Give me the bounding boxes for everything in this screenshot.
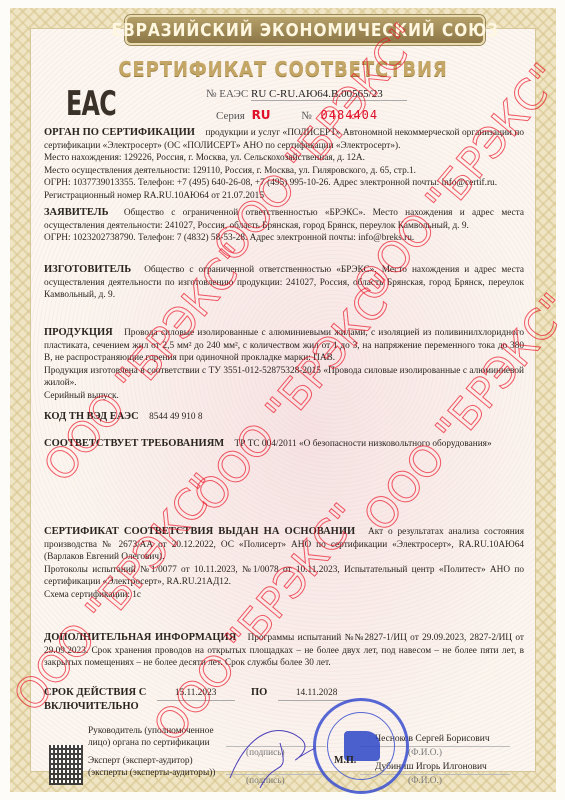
union-banner: ЕВРАЗИЙСКИЙ ЭКОНОМИЧЕСКИЙ СОЮЗ xyxy=(125,15,485,45)
signature-scribble-icon xyxy=(220,718,330,793)
section-manufacturer: ИЗГОТОВИТЕЛЬ Общество с ограниченной отв… xyxy=(44,264,524,302)
tnved-code: 8544 49 910 8 xyxy=(149,412,202,422)
union-banner-text: ЕВРАЗИЙСКИЙ ЭКОНОМИЧЕСКИЙ СОЮЗ xyxy=(111,20,498,41)
stamp-caption: М.П. xyxy=(334,755,356,766)
section-validity: СРОК ДЕЙСТВИЯ С 15.11.2023 ПО 14.11.2028… xyxy=(44,687,524,713)
expert-signatory-label: Эксперт (эксперт-аудитор) (эксперты (экс… xyxy=(88,755,215,779)
valid-to-date: 14.11.2028 xyxy=(278,687,356,701)
series-value: RU xyxy=(252,108,271,122)
certificate-title: СЕРТИФИКАТ СООТВЕТСТВИЯ xyxy=(55,57,510,81)
certificate-sheet: ЕВРАЗИЙСКИЙ ЭКОНОМИЧЕСКИЙ СОЮЗ СЕРТИФИКА… xyxy=(10,8,556,792)
section-additional: ДОПОЛНИТЕЛЬНАЯ ИНФОРМАЦИЯ Программы испы… xyxy=(44,632,524,670)
eac-logo-icon: ЕАС xyxy=(76,80,105,128)
qr-code-icon[interactable] xyxy=(49,745,83,785)
